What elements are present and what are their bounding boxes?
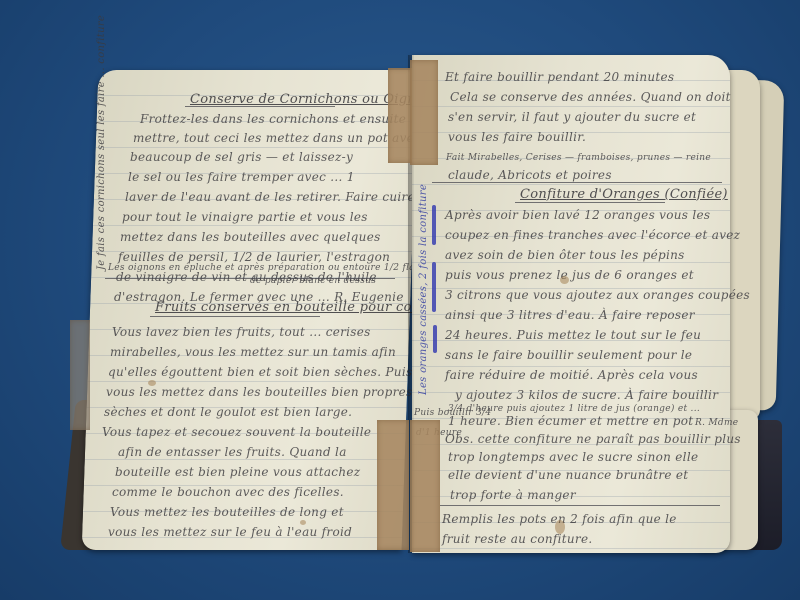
left-section-line: bouteille est bien pleine vous attachez [115,465,360,479]
left-line: Frottez-les dans les cornichons et ensui… [140,112,428,126]
right-section-title: Confiture d'Oranges (Confiée) [520,187,728,202]
left-line: mettez dans les bouteilles avec quelques [120,230,381,244]
section-underline [515,202,665,203]
blue-margin-mark [433,325,437,353]
right-footer-line: fruit reste au confiture. [442,532,592,546]
tape-strip [410,420,440,552]
tape-strip [410,60,438,165]
tape-strip [70,320,90,430]
right-section-line: 24 heures. Puis mettez le tout sur le fe… [445,328,701,342]
right-line: Fait Mirabelles, Cerises — framboises, p… [446,153,711,163]
right-line: vous les faire bouillir. [448,130,586,144]
right-section-line: coupez en fines tranches avec l'écorce e… [445,228,740,242]
blue-margin-mark [432,205,436,245]
right-section-line: elle devient d'une nuance brunâtre et [448,468,688,482]
left-line: mettre, tout ceci les mettez dans un pot… [133,131,421,145]
left-section-line: Vous mettez les bouteilles de long et [110,505,344,519]
left-section-line: vous les mettez dans les bouteilles bien… [106,385,429,399]
tape-strip [388,68,412,163]
right-section-line: ainsi que 3 litres d'eau. À faire repose… [445,308,695,322]
right-line: Cela se conserve des années. Quand on do… [450,90,731,104]
notebook-photo: Conserve de Cornichons ou Oignons Frotte… [0,0,800,600]
section-divider [440,505,720,506]
left-section-line: sèches et dont le goulot est bien large. [104,405,352,419]
left-section-line: afin de entasser les fruits. Quand la [118,445,347,459]
left-annotation: Les oignons en épluche et après préparat… [108,263,432,273]
stain [560,276,569,284]
left-section-line: qu'elles égouttent bien et soit bien sèc… [108,365,412,379]
right-section-line: trop forte à manger [450,488,576,502]
stain [148,380,156,386]
right-section-line: y ajoutez 3 kilos de sucre. À faire boui… [455,388,718,402]
right-section-line: 3 citrons que vous ajoutez aux oranges c… [445,288,750,302]
left-section-line: comme le bouchon avec des ficelles. [112,485,344,499]
blue-margin-mark [432,262,436,312]
right-section-line: faire réduire de moitié. Après cela vous [445,368,698,382]
right-section-line: Obs. cette confiture ne paraît pas bouil… [445,432,741,446]
left-line: le sel ou les faire tremper avec ... 1 [128,170,355,184]
right-section-line: trop longtemps avec le sucre sinon elle [448,450,698,464]
right-margin-note: Les oranges cassées, 2 fois la confiture [418,184,429,395]
left-line: beaucoup de sel gris — et laissez-y [130,150,353,164]
signature: R. Mdme [695,418,738,428]
section-underline [150,316,320,317]
right-line: s'en servir, il faut y ajouter du sucre … [448,110,696,124]
left-section-line: Vous tapez et secouez souvent la bouteil… [102,425,371,439]
right-section-line: sans le faire bouillir seulement pour le [445,348,692,362]
stain [555,520,565,534]
tape-strip [377,420,409,550]
right-section-line: Après avoir bien lavé 12 oranges vous le… [445,208,710,222]
stain [300,520,306,525]
left-section-line: vous les mettez sur le feu à l'eau froid [108,525,352,539]
left-section-line: mirabelles, vous les mettez sur un tamis… [110,345,396,359]
left-line: pour tout le vinaigre partie et vous les [122,210,368,224]
right-line: claude, Abricots et poires [448,168,612,182]
section-divider [105,278,395,279]
right-margin-note-small: Puis bouillir 3/4 [414,408,491,418]
left-margin-note: Je fais ces cornichons seul les faire ..… [96,15,107,270]
right-section-line: avez soin de bien ôter tous les pépins [445,248,685,262]
left-line: laver de l'eau avant de les retirer. Fai… [125,190,415,204]
left-section-line: Vous lavez bien les fruits, tout ... cer… [112,325,371,339]
title-underline [185,106,335,107]
section-divider [432,182,722,183]
right-line: Et faire bouillir pendant 20 minutes [445,70,674,84]
left-line: feuilles de persil, 1/2 de laurier, l'es… [118,250,390,264]
right-section-line: puis vous prenez le jus de 6 oranges et [445,268,694,282]
